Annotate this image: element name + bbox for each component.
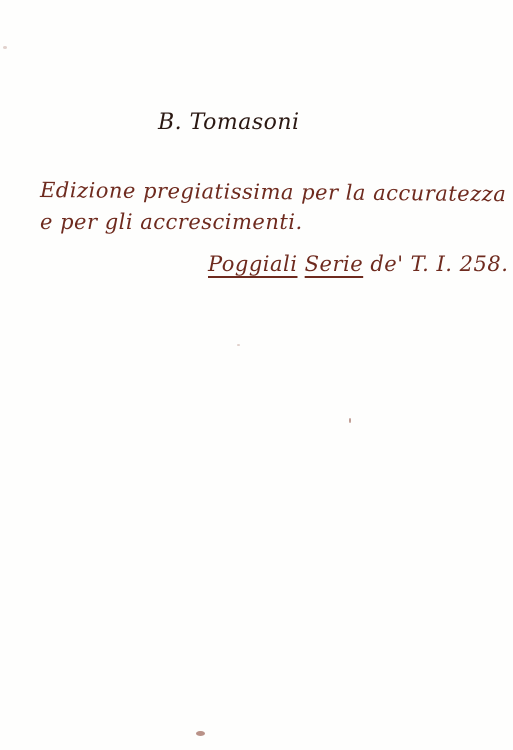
note-line-1: Edizione pregiatissima per la accuratezz… (40, 178, 507, 206)
note-line-2: e per gli accrescimenti. (40, 210, 303, 234)
manuscript-page: B. Tomasoni Edizione pregiatissima per l… (0, 0, 513, 750)
note-heading: B. Tomasoni (158, 110, 300, 135)
citation-author: Poggiali (208, 252, 297, 276)
citation-volume-page: I. 258. (436, 252, 508, 276)
ink-speck (3, 46, 7, 49)
ink-speck (349, 418, 351, 423)
citation-work-extra: de' T. (370, 252, 429, 276)
ink-speck (196, 731, 205, 736)
citation-line: Poggiali Serie de' T. I. 258. (208, 252, 508, 276)
citation-work: Serie (305, 252, 364, 276)
ink-speck (237, 344, 240, 346)
